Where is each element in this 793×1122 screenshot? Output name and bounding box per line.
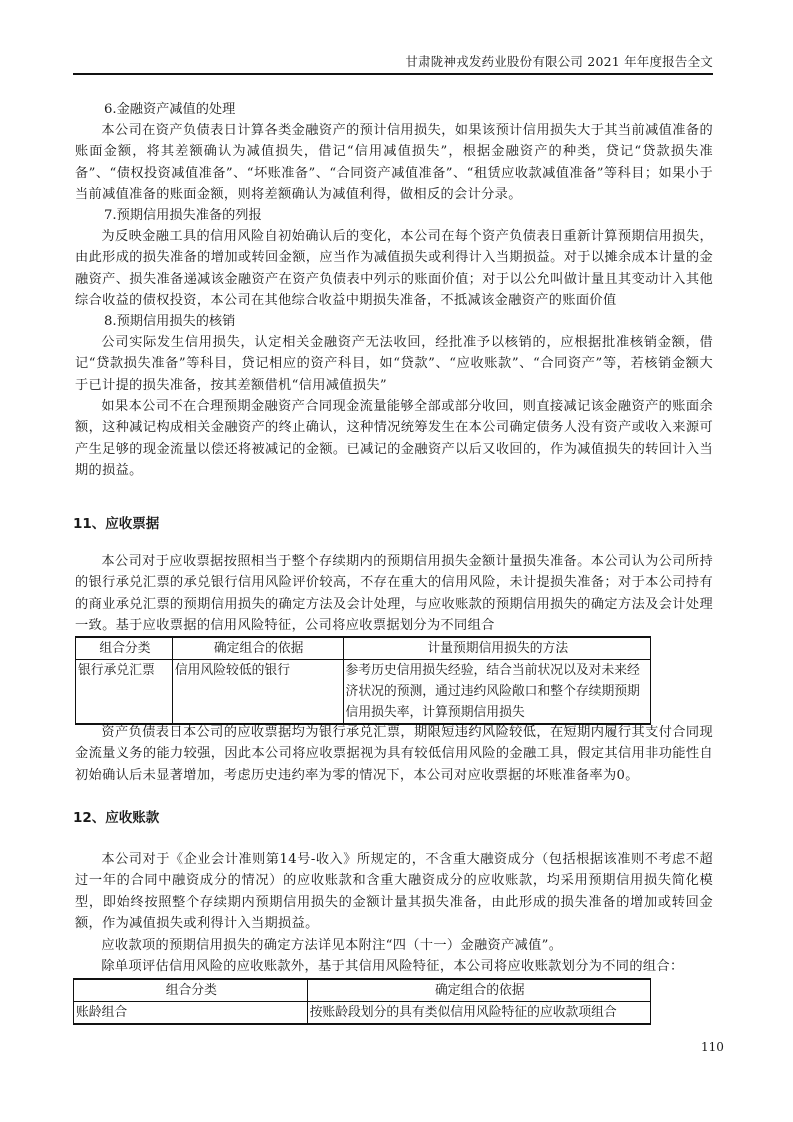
table-header-cell: 确定组合的依据: [307, 979, 650, 1002]
section-11-paragraph-2: 资产负债表日本公司的应收票据均为银行承兑汇票，期限短违约风险较低，在短期内履行其…: [75, 722, 713, 786]
section-12-heading: 12、应收账款: [73, 806, 159, 826]
table-header-cell: 组合分类: [76, 637, 173, 660]
section-8-paragraph-2: 如果本公司不在合理预期金融资产合同现金流量能够全部或部分收回，则直接减记该金融资…: [75, 396, 713, 481]
notes-receivable-table: 组合分类 确定组合的依据 计量预期信用损失的方法 银行承兑汇票 信用风险较低的银…: [75, 636, 651, 725]
table-row: 账龄组合 按账龄段划分的具有类似信用风险特征的应收款项组合: [74, 1002, 651, 1025]
table-header-cell: 确定组合的依据: [172, 637, 343, 660]
page-header: 甘肃陇神戎发药业股份有限公司 2021 年年度报告全文: [73, 26, 713, 75]
table-row: 银行承兑汇票 信用风险较低的银行 参考历史信用损失经验，结合当前状况以及对未来经…: [76, 660, 651, 725]
section-8-title: 8.预期信用损失的核销: [104, 311, 235, 332]
section-12-paragraph-2: 应收款项的预期信用损失的确定方法详见本附注“四（十一）金融资产减值”。: [75, 935, 713, 956]
section-11-paragraph-1: 本公司对于应收票据按照相当于整个存续期内的预期信用损失金额计量损失准备。本公司认…: [75, 551, 713, 636]
accounts-receivable-table: 组合分类 确定组合的依据 账龄组合 按账龄段划分的具有类似信用风险特征的应收款项…: [73, 978, 651, 1025]
section-7-title: 7.预期信用损失准备的列报: [104, 205, 262, 226]
table-header-row: 组合分类 确定组合的依据 计量预期信用损失的方法: [76, 637, 651, 660]
table-header-cell: 组合分类: [74, 979, 308, 1002]
table-cell: 信用风险较低的银行: [172, 660, 343, 725]
table-header-cell: 计量预期信用损失的方法: [343, 637, 650, 660]
section-6-paragraph: 本公司在资产负债表日计算各类金融资产的预计信用损失，如果该预计信用损失大于其当前…: [75, 120, 713, 205]
section-6-title: 6.金融资产减值的处理: [104, 99, 235, 120]
section-7-paragraph: 为反映金融工具的信用风险自初始确认后的变化，本公司在每个资产负债表日重新计算预期…: [75, 226, 713, 311]
table-header-row: 组合分类 确定组合的依据: [74, 979, 651, 1002]
section-11-heading: 11、应收票据: [73, 512, 159, 532]
section-12-paragraph-3: 除单项评估信用风险的应收账款外，基于其信用风险特征，本公司将应收账款划分为不同的…: [75, 956, 713, 977]
table-cell: 按账龄段划分的具有类似信用风险特征的应收款项组合: [307, 1002, 650, 1025]
section-12-paragraph-1: 本公司对于《企业会计准则第14号-收入》所规定的，不含重大融资成分（包括根据该准…: [75, 849, 713, 934]
section-8-paragraph-1: 公司实际发生信用损失，认定相关金融资产无法收回，经批准予以核销的，应根据批准核销…: [75, 332, 713, 396]
table-cell: 账龄组合: [74, 1002, 308, 1025]
report-title: 甘肃陇神戎发药业股份有限公司 2021 年年度报告全文: [405, 52, 713, 70]
table-cell: 参考历史信用损失经验，结合当前状况以及对未来经济状况的预测，通过违约风险敞口和整…: [343, 660, 650, 725]
page-number: 110: [701, 1040, 724, 1054]
table-cell: 银行承兑汇票: [76, 660, 173, 725]
